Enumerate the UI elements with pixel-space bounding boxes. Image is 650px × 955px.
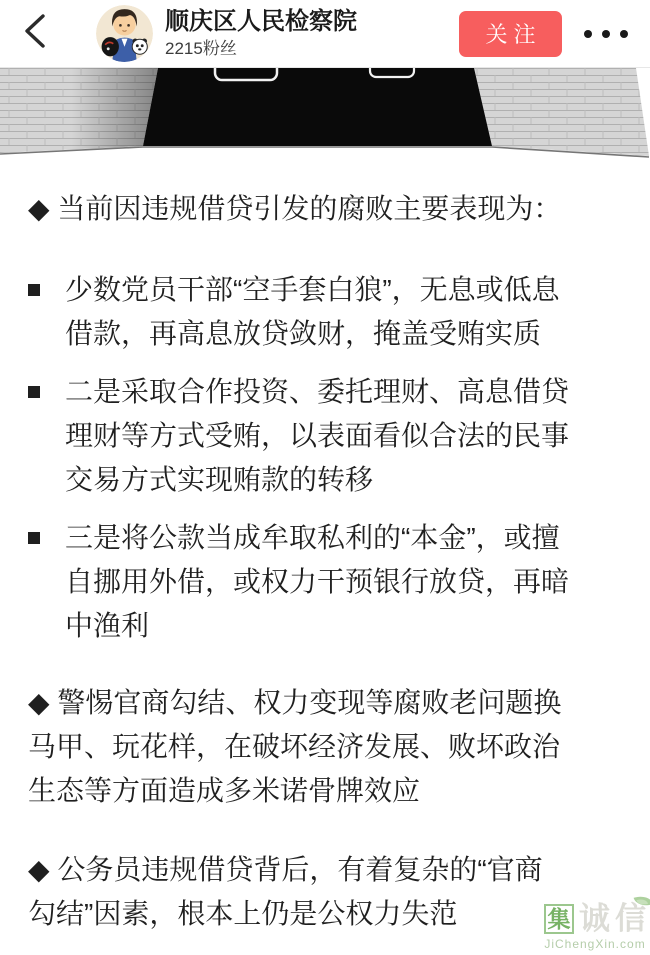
list-item: 二是采取合作投资、委托理财、高息借贷 理财等方式受贿，以表面看似合法的民事 交易… [28,370,622,502]
article-body: ◆ 当前因违规借贷引发的腐败主要表现为： 少数党员干部“空手套白狼”，无息或低息… [0,187,650,936]
list-item-text: 二是采取合作投资、委托理财、高息借贷 理财等方式受贿，以表面看似合法的民事 交易… [65,370,622,502]
follower-count: 2215粉丝 [165,38,357,60]
top-bar: 顺庆区人民检察院 2215粉丝 关注 [0,0,650,68]
ellipsis-icon [584,30,592,38]
bullet-list: 少数党员干部“空手套白狼”，无息或低息 借款，再高息放贷敛财，掩盖受贿实质 二是… [28,268,622,648]
avatar-illustration [96,5,153,62]
article-hero-image[interactable] [0,68,650,160]
list-item-text: 少数党员干部“空手套白狼”，无息或低息 借款，再高息放贷敛财，掩盖受贿实质 [65,268,622,356]
follow-button[interactable]: 关注 [459,11,562,57]
watermark-url: JiChengXin.com [544,937,646,951]
list-item: 三是将公款当成牟取私利的“本金”，或擅 自挪用外借，或权力干预银行放贷，再暗 中… [28,516,622,648]
diamond-paragraph: ◆ 警惕官商勾结、权力变现等腐败老问题换 马甲、玩花样，在破坏经济发展、败坏政治… [28,681,622,813]
doorway-illustration [0,68,650,160]
account-avatar[interactable] [96,5,153,62]
square-bullet-icon [28,386,40,398]
diamond-paragraph: ◆ 当前因违规借贷引发的腐败主要表现为： [28,187,622,231]
more-options-button[interactable] [562,0,650,68]
square-bullet-icon [28,532,40,544]
diamond-paragraph: ◆ 公务员违规借贷背后，有着复杂的“官商 勾结”因素，根本上仍是公权力失范 [28,848,622,936]
back-button[interactable] [0,0,70,68]
account-info[interactable]: 顺庆区人民检察院 2215粉丝 [165,8,357,60]
chevron-left-icon [22,14,48,53]
list-item-text: 三是将公款当成牟取私利的“本金”，或擅 自挪用外借，或权力干预银行放贷，再暗 中… [65,516,622,648]
square-bullet-icon [28,284,40,296]
ellipsis-icon [620,30,628,38]
ellipsis-icon [602,30,610,38]
account-name: 顺庆区人民检察院 [165,8,357,36]
list-item: 少数党员干部“空手套白狼”，无息或低息 借款，再高息放贷敛财，掩盖受贿实质 [28,268,622,356]
